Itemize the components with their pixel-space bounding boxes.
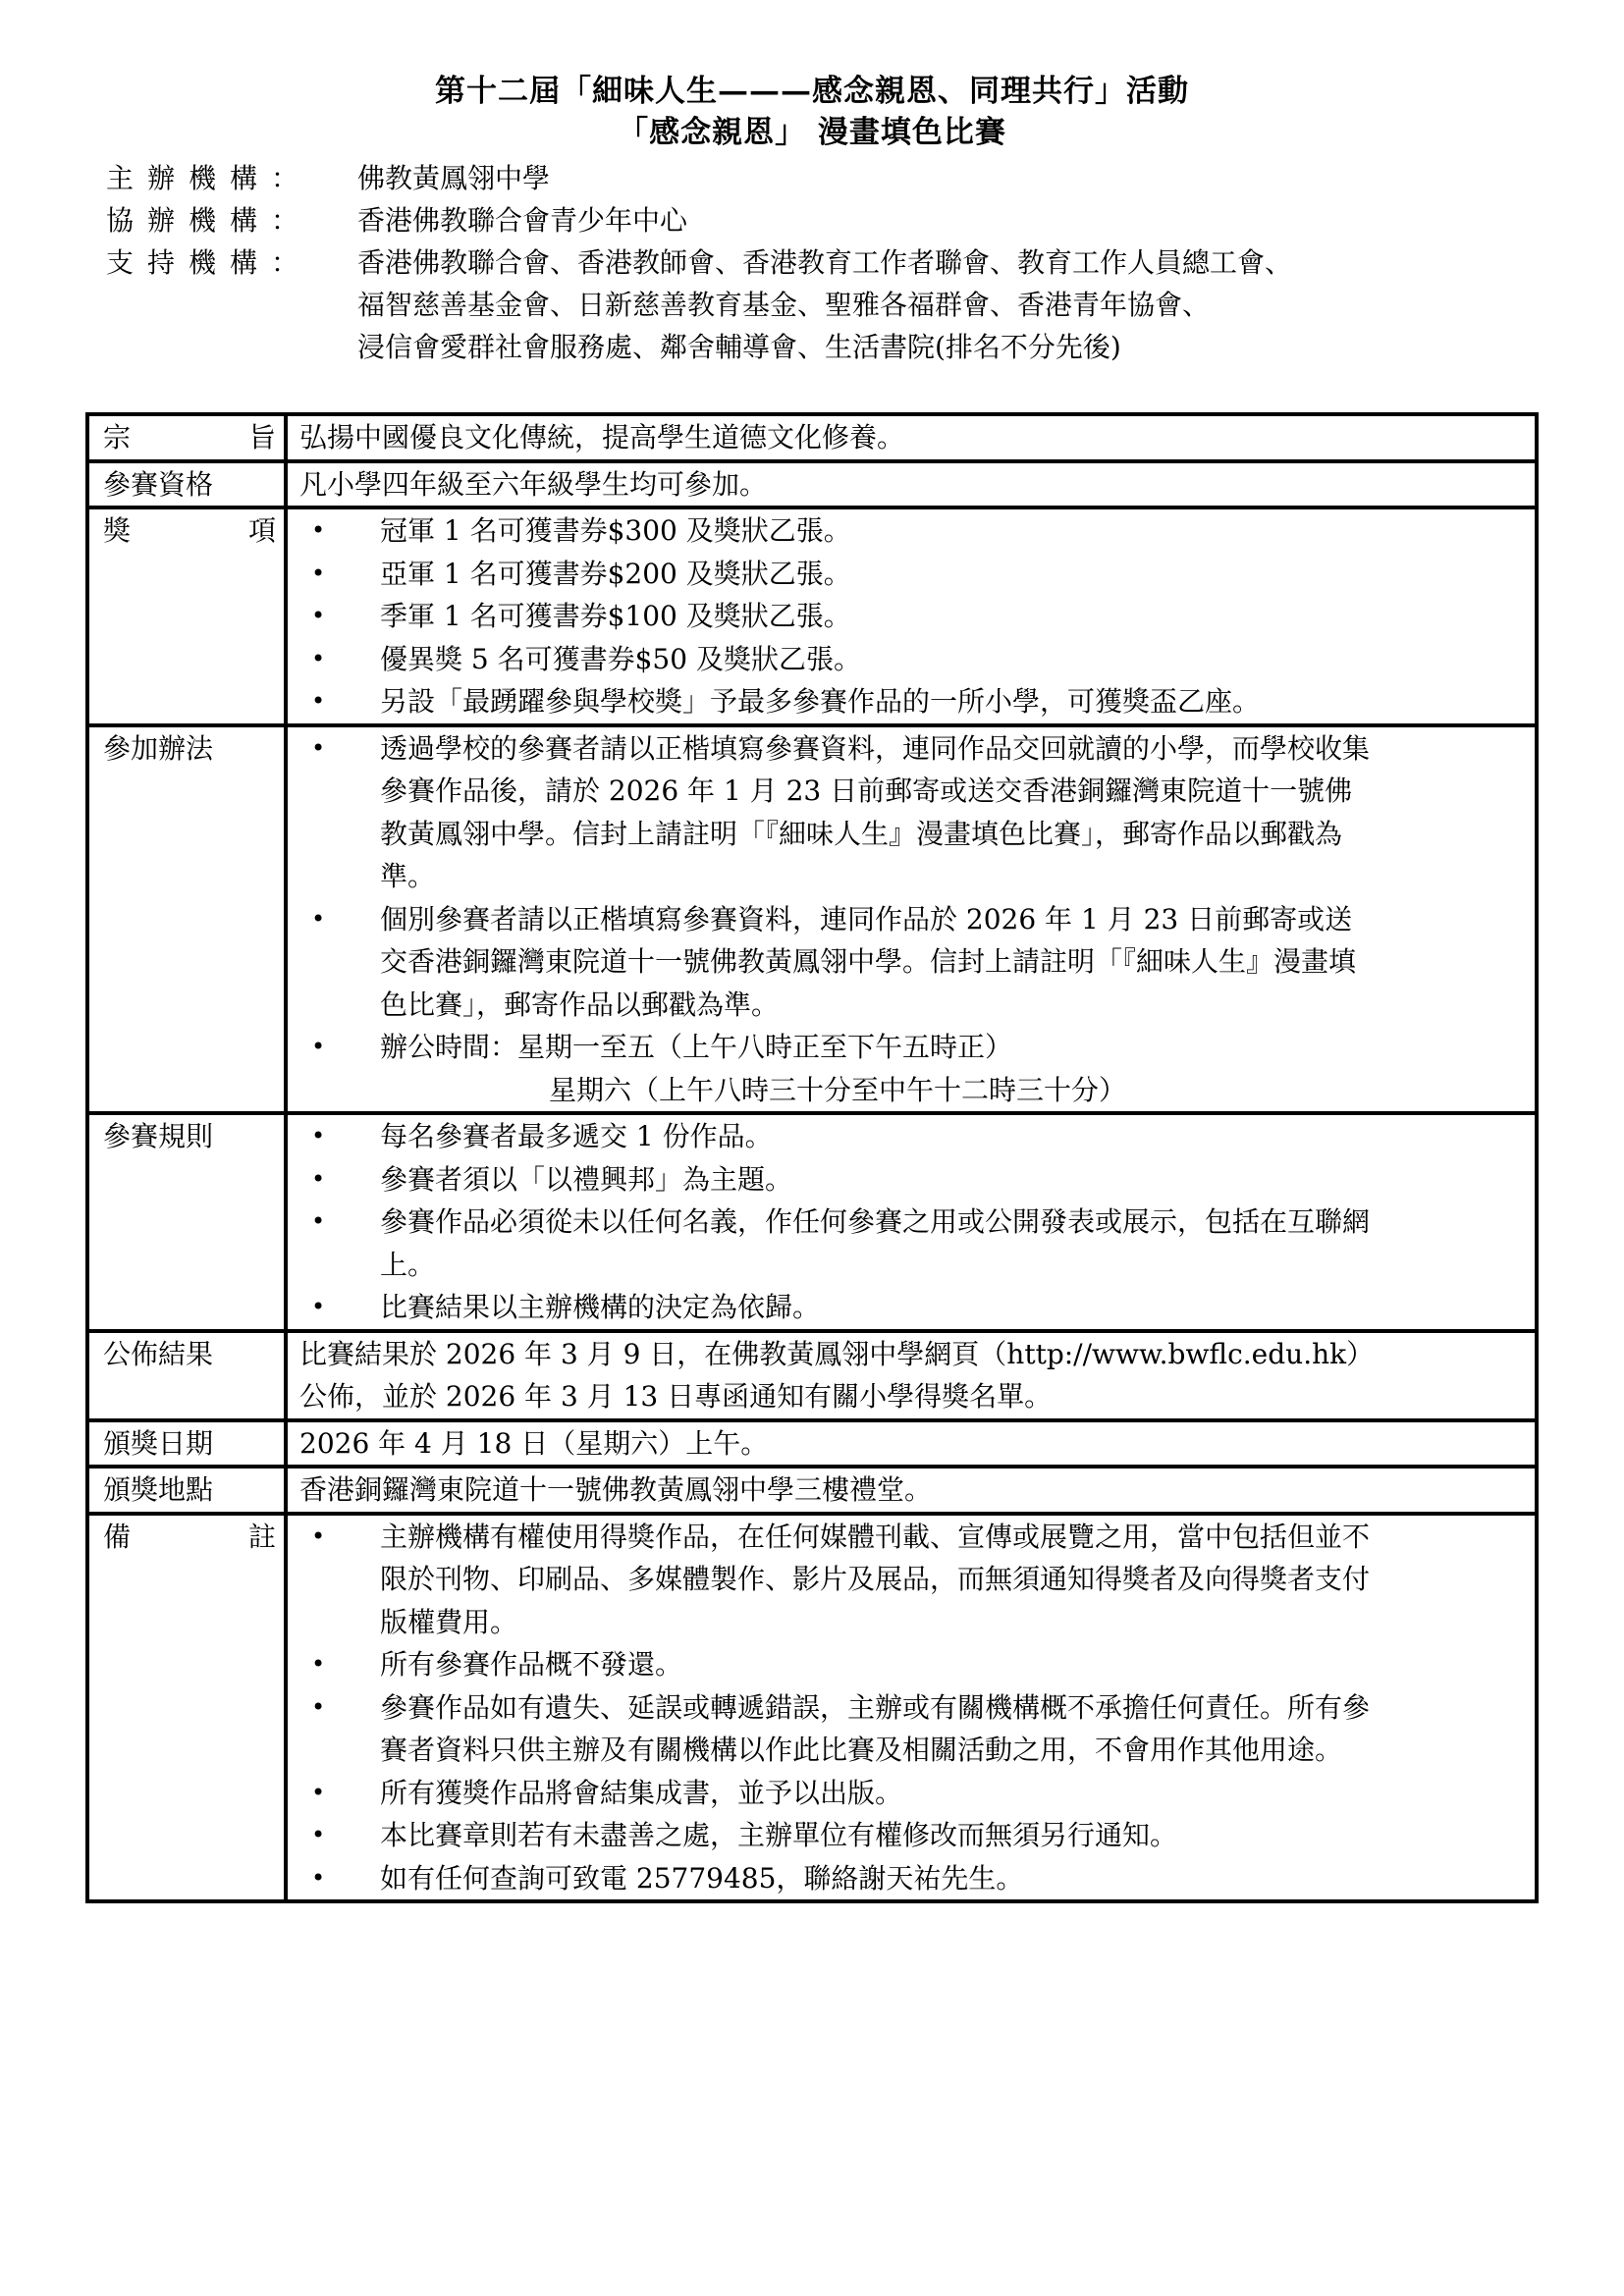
row-label: 頒獎日期: [87, 1420, 286, 1468]
bullet-list: 冠軍 1 名可獲書券$300 及獎狀乙張。亞軍 1 名可獲書券$200 及獎狀乙…: [299, 509, 1521, 723]
list-item-line: 每名參賽者最多遞交 1 份作品。: [380, 1115, 1521, 1158]
list-item: 透過學校的參賽者請以正楷填寫參賽資料，連同作品交回就讀的小學，而學校收集參賽作品…: [299, 727, 1521, 898]
row-content: 冠軍 1 名可獲書券$300 及獎狀乙張。亞軍 1 名可獲書券$200 及獎狀乙…: [286, 507, 1537, 725]
content-line: 凡小學四年級至六年級學生均可參加。: [299, 463, 1521, 507]
list-item-line: 參賽作品必須從未以任何名義，作任何參賽之用或公開發表或展示，包括在互聯網: [380, 1201, 1521, 1244]
list-item-line: 主辦機構有權使用得獎作品，在任何媒體刊載、宣傳或展覽之用，當中包括但並不: [380, 1516, 1521, 1559]
row-label-text: 頒獎日期: [103, 1427, 213, 1460]
row-content: 比賽結果於 2026 年 3 月 9 日，在佛教黃鳳翎中學網頁（http://w…: [286, 1331, 1537, 1420]
list-item-line: 版權費用。: [380, 1601, 1521, 1644]
list-item-line: 季軍 1 名可獲書券$100 及獎狀乙張。: [380, 595, 1521, 638]
list-item-line: 如有任何查詢可致電 25779485，聯絡謝天祐先生。: [380, 1857, 1521, 1900]
supporters-value-line: 浸信會愛群社會服務處、鄰舍輔導會、生活書院(排名不分先後): [357, 326, 1559, 368]
row-content: 香港銅鑼灣東院道十一號佛教黃鳳翎中學三樓禮堂。: [286, 1467, 1537, 1514]
row-label-text: 參賽規則: [103, 1120, 213, 1152]
co-organizer-value: 香港佛教聯合會青少年中心: [357, 199, 1559, 241]
row-label: 備註: [87, 1514, 286, 1902]
office-hours-saturday: 星期六（上午八時三十分至中午十二時三十分）: [380, 1069, 1521, 1112]
row-label-text: 旨: [248, 416, 276, 459]
content-line: 香港銅鑼灣東院道十一號佛教黃鳳翎中學三樓禮堂。: [299, 1468, 1521, 1512]
content-line: 公佈，並於 2026 年 3 月 13 日專函通知有關小學得獎名單。: [299, 1375, 1521, 1418]
title-line-1: 第十二屆「細味人生———感念親恩、同理共行」活動: [0, 71, 1624, 112]
row-content: 透過學校的參賽者請以正楷填寫參賽資料，連同作品交回就讀的小學，而學校收集參賽作品…: [286, 725, 1537, 1114]
organizers-section: 主辦機構： 佛教黃鳳翎中學 協辦機構： 香港佛教聯合會青少年中心 支持機構： 香…: [106, 157, 1559, 368]
rules-table: 宗旨弘揚中國優良文化傳統，提高學生道德文化修養。參賽資格凡小學四年級至六年級學生…: [85, 412, 1539, 1903]
list-item-line: 準。: [380, 855, 1521, 898]
list-item-line: 本比賽章則若有未盡善之處，主辦單位有權修改而無須另行通知。: [380, 1814, 1521, 1857]
co-organizer-label: 協辦機構：: [106, 199, 357, 241]
organizer-label: 主辦機構：: [106, 157, 357, 199]
list-item: 辦公時間：星期一至五（上午八時正至下午五時正）星期六（上午八時三十分至中午十二時…: [299, 1026, 1521, 1111]
co-organizer-row: 協辦機構： 香港佛教聯合會青少年中心: [106, 199, 1559, 241]
list-item-line: 所有獲獎作品將會結集成書，並予以出版。: [380, 1772, 1521, 1815]
supporters-value-line: 福智慈善基金會、日新慈善教育基金、聖雅各福群會、香港青年協會、: [357, 284, 1559, 326]
table-row-award-date: 頒獎日期2026 年 4 月 18 日（星期六）上午。: [87, 1420, 1537, 1468]
list-item: 比賽結果以主辦機構的決定為依歸。: [299, 1286, 1521, 1329]
row-label-text: 公佈結果: [103, 1338, 213, 1370]
list-item: 亞軍 1 名可獲書券$200 及獎狀乙張。: [299, 553, 1521, 596]
organizer-row: 主辦機構： 佛教黃鳳翎中學: [106, 157, 1559, 199]
row-content: 2026 年 4 月 18 日（星期六）上午。: [286, 1420, 1537, 1468]
content-line: 比賽結果於 2026 年 3 月 9 日，在佛教黃鳳翎中學網頁（http://w…: [299, 1333, 1521, 1376]
document-title: 第十二屆「細味人生———感念親恩、同理共行」活動 「感念親恩」 漫畫填色比賽: [0, 71, 1624, 153]
list-item-line: 透過學校的參賽者請以正楷填寫參賽資料，連同作品交回就讀的小學，而學校收集: [380, 727, 1521, 771]
list-item: 所有參賽作品概不發還。: [299, 1643, 1521, 1686]
list-item-line: 冠軍 1 名可獲書券$300 及獎狀乙張。: [380, 509, 1521, 553]
list-item-line: 色比賽」，郵寄作品以郵戳為準。: [380, 984, 1521, 1027]
table-row-competition-rules: 參賽規則每名參賽者最多遞交 1 份作品。參賽者須以「以禮興邦」為主題。參賽作品必…: [87, 1113, 1537, 1331]
table-row-eligibility: 參賽資格凡小學四年級至六年級學生均可參加。: [87, 461, 1537, 508]
list-item-line: 辦公時間：星期一至五（上午八時正至下午五時正）: [380, 1026, 1521, 1069]
list-item-line: 賽者資料只供主辦及有關機構以作此比賽及相關活動之用，不會用作其他用途。: [380, 1729, 1521, 1772]
title-line-2: 「感念親恩」 漫畫填色比賽: [0, 112, 1624, 153]
row-label-text: 頒獎地點: [103, 1473, 213, 1506]
row-label: 參加辦法: [87, 725, 286, 1114]
list-item: 所有獲獎作品將會結集成書，並予以出版。: [299, 1772, 1521, 1815]
list-item: 另設「最踴躍參與學校獎」予最多參賽作品的一所小學，可獲獎盃乙座。: [299, 680, 1521, 723]
row-label-text: 項: [248, 509, 276, 553]
row-content: 凡小學四年級至六年級學生均可參加。: [286, 461, 1537, 508]
row-content: 主辦機構有權使用得獎作品，在任何媒體刊載、宣傳或展覽之用，當中包括但並不限於刊物…: [286, 1514, 1537, 1902]
list-item: 如有任何查詢可致電 25779485，聯絡謝天祐先生。: [299, 1857, 1521, 1900]
row-label-text: 宗: [103, 416, 131, 459]
table-row-results-announcement: 公佈結果比賽結果於 2026 年 3 月 9 日，在佛教黃鳳翎中學網頁（http…: [87, 1331, 1537, 1420]
list-item-line: 參賽者須以「以禮興邦」為主題。: [380, 1158, 1521, 1201]
list-item-line: 個別參賽者請以正楷填寫參賽資料，連同作品於 2026 年 1 月 23 日前郵寄…: [380, 898, 1521, 941]
table-row-award-venue: 頒獎地點香港銅鑼灣東院道十一號佛教黃鳳翎中學三樓禮堂。: [87, 1467, 1537, 1514]
list-item: 主辦機構有權使用得獎作品，在任何媒體刊載、宣傳或展覽之用，當中包括但並不限於刊物…: [299, 1516, 1521, 1644]
row-label-text: 備: [103, 1516, 131, 1559]
list-item: 季軍 1 名可獲書券$100 及獎狀乙張。: [299, 595, 1521, 638]
row-label: 參賽資格: [87, 461, 286, 508]
row-label-text: 參加辦法: [103, 732, 213, 765]
list-item-line: 限於刊物、印刷品、多媒體製作、影片及展品，而無須通知得獎者及向得獎者支付: [380, 1558, 1521, 1601]
content-line: 弘揚中國優良文化傳統，提高學生道德文化修養。: [299, 416, 1521, 459]
list-item: 個別參賽者請以正楷填寫參賽資料，連同作品於 2026 年 1 月 23 日前郵寄…: [299, 898, 1521, 1027]
list-item-line: 上。: [380, 1244, 1521, 1287]
list-item: 優異獎 5 名可獲書券$50 及獎狀乙張。: [299, 638, 1521, 681]
list-item-line: 參賽作品後，請於 2026 年 1 月 23 日前郵寄或送交香港銅鑼灣東院道十一…: [380, 770, 1521, 813]
organizer-value: 佛教黃鳳翎中學: [357, 157, 1559, 199]
list-item-line: 所有參賽作品概不發還。: [380, 1643, 1521, 1686]
supporters-row: 支持機構： 香港佛教聯合會、香港教師會、香港教育工作者聯會、教育工作人員總工會、…: [106, 241, 1559, 368]
bullet-list: 透過學校的參賽者請以正楷填寫參賽資料，連同作品交回就讀的小學，而學校收集參賽作品…: [299, 727, 1521, 1112]
bullet-list: 主辦機構有權使用得獎作品，在任何媒體刊載、宣傳或展覽之用，當中包括但並不限於刊物…: [299, 1516, 1521, 1900]
list-item: 每名參賽者最多遞交 1 份作品。: [299, 1115, 1521, 1158]
row-label: 參賽規則: [87, 1113, 286, 1331]
list-item: 參賽者須以「以禮興邦」為主題。: [299, 1158, 1521, 1201]
row-label-text: 參賽資格: [103, 468, 213, 501]
table-row-remarks: 備註主辦機構有權使用得獎作品，在任何媒體刊載、宣傳或展覽之用，當中包括但並不限於…: [87, 1514, 1537, 1902]
list-item-line: 參賽作品如有遺失、延誤或轉遞錯誤，主辦或有關機構概不承擔任何責任。所有參: [380, 1686, 1521, 1730]
row-label: 公佈結果: [87, 1331, 286, 1420]
table-row-how-to-enter: 參加辦法透過學校的參賽者請以正楷填寫參賽資料，連同作品交回就讀的小學，而學校收集…: [87, 725, 1537, 1114]
row-label-text: 獎: [103, 509, 131, 553]
list-item-line: 教黃鳳翎中學。信封上請註明「『細味人生』漫畫填色比賽」，郵寄作品以郵戳為: [380, 813, 1521, 856]
supporters-label: 支持機構：: [106, 241, 357, 368]
list-item: 參賽作品必須從未以任何名義，作任何參賽之用或公開發表或展示，包括在互聯網上。: [299, 1201, 1521, 1286]
table-row-prizes: 獎項冠軍 1 名可獲書券$300 及獎狀乙張。亞軍 1 名可獲書券$200 及獎…: [87, 507, 1537, 725]
table-row-purpose: 宗旨弘揚中國優良文化傳統，提高學生道德文化修養。: [87, 414, 1537, 461]
bullet-list: 每名參賽者最多遞交 1 份作品。參賽者須以「以禮興邦」為主題。參賽作品必須從未以…: [299, 1115, 1521, 1329]
list-item-line: 另設「最踴躍參與學校獎」予最多參賽作品的一所小學，可獲獎盃乙座。: [380, 680, 1521, 723]
list-item-line: 交香港銅鑼灣東院道十一號佛教黃鳳翎中學。信封上請註明「『細味人生』漫畫填: [380, 940, 1521, 984]
list-item-line: 優異獎 5 名可獲書券$50 及獎狀乙張。: [380, 638, 1521, 681]
list-item: 冠軍 1 名可獲書券$300 及獎狀乙張。: [299, 509, 1521, 553]
supporters-value-line: 香港佛教聯合會、香港教師會、香港教育工作者聯會、教育工作人員總工會、: [357, 241, 1559, 284]
row-label-text: 註: [248, 1516, 276, 1559]
row-label: 頒獎地點: [87, 1467, 286, 1514]
list-item-line: 比賽結果以主辦機構的決定為依歸。: [380, 1286, 1521, 1329]
list-item: 本比賽章則若有未盡善之處，主辦單位有權修改而無須另行通知。: [299, 1814, 1521, 1857]
row-label: 獎項: [87, 507, 286, 725]
content-line: 2026 年 4 月 18 日（星期六）上午。: [299, 1422, 1521, 1466]
row-content: 每名參賽者最多遞交 1 份作品。參賽者須以「以禮興邦」為主題。參賽作品必須從未以…: [286, 1113, 1537, 1331]
row-content: 弘揚中國優良文化傳統，提高學生道德文化修養。: [286, 414, 1537, 461]
list-item: 參賽作品如有遺失、延誤或轉遞錯誤，主辦或有關機構概不承擔任何責任。所有參賽者資料…: [299, 1686, 1521, 1772]
row-label: 宗旨: [87, 414, 286, 461]
list-item-line: 亞軍 1 名可獲書券$200 及獎狀乙張。: [380, 553, 1521, 596]
